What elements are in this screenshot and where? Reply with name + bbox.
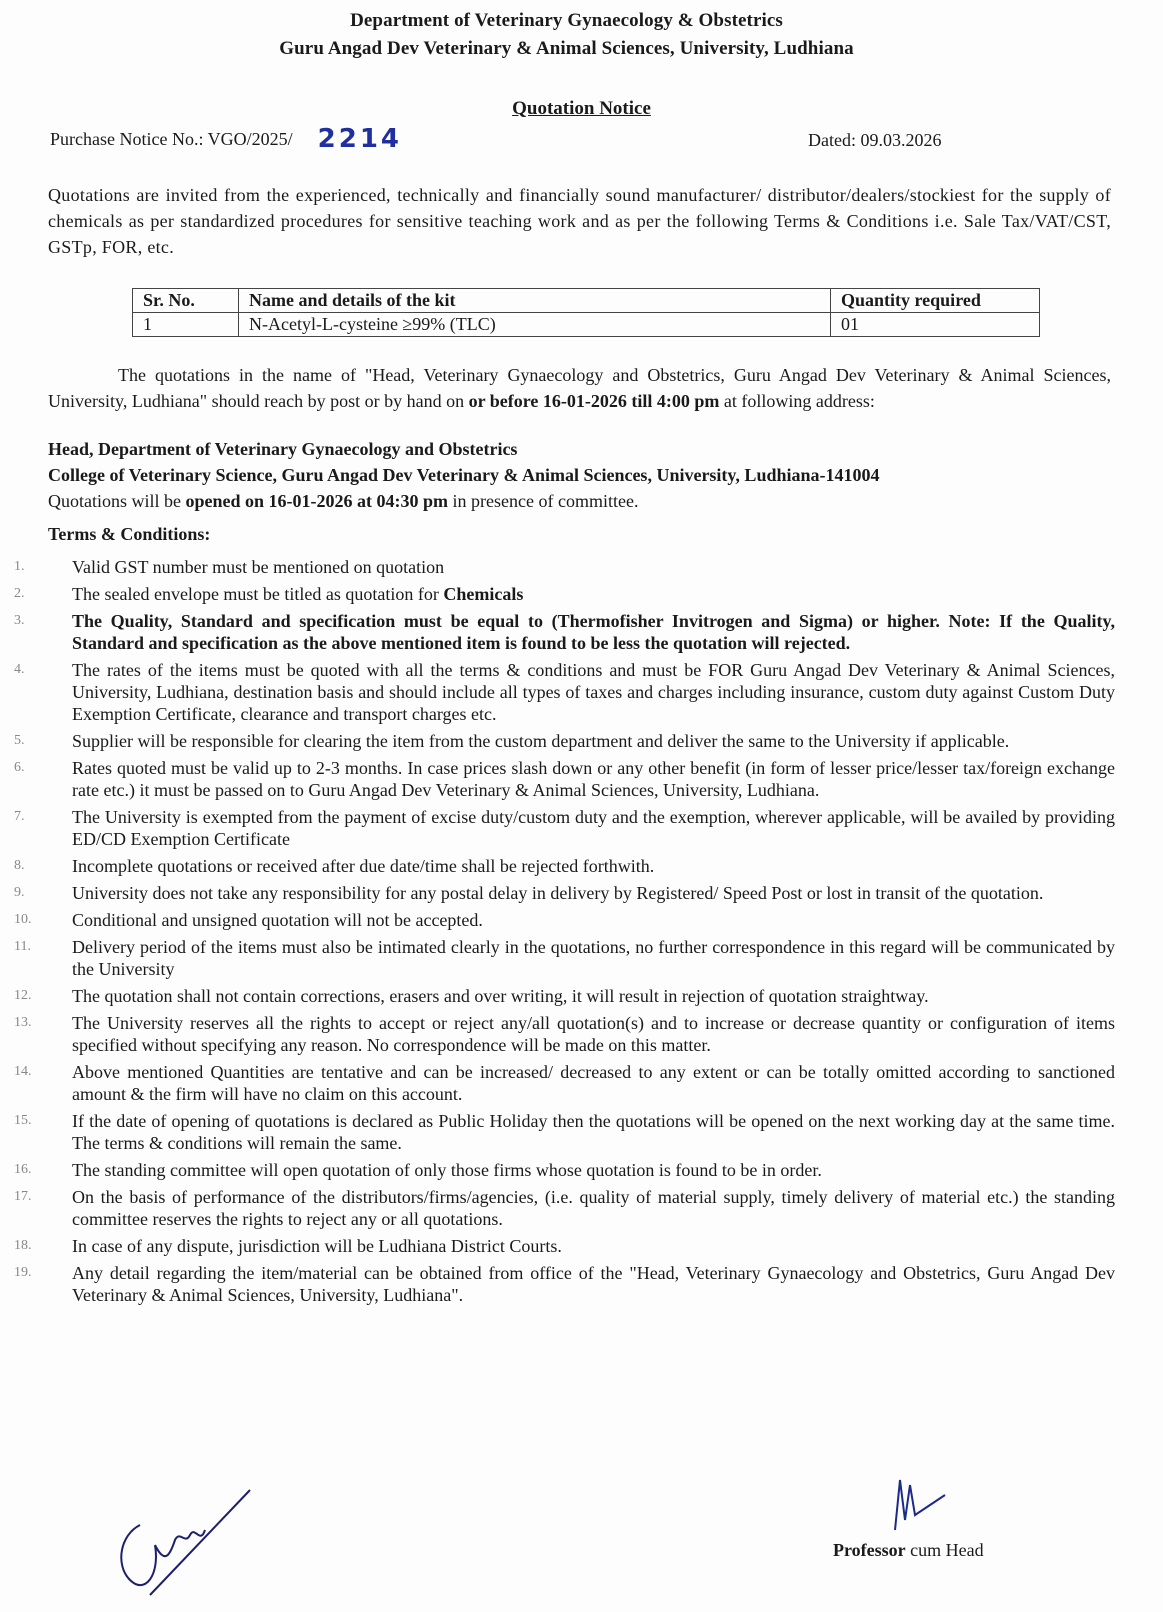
document-page: Department of Veterinary Gynaecology & O… (0, 0, 1163, 1612)
list-item: 13.The University reserves all the right… (10, 1012, 1115, 1056)
term-text: Rates quoted must be valid up to 2-3 mon… (72, 757, 1115, 801)
list-item: 15.If the date of opening of quotations … (10, 1110, 1115, 1154)
notice-date: Dated: 09.03.2026 (808, 130, 941, 151)
term-number: 7. (10, 806, 72, 850)
term-number: 17. (10, 1186, 72, 1230)
term-text: Valid GST number must be mentioned on qu… (72, 556, 1115, 578)
list-item: 17.On the basis of performance of the di… (10, 1186, 1115, 1230)
list-item: 3.The Quality, Standard and specificatio… (10, 610, 1115, 654)
term-text: The Quality, Standard and specification … (72, 610, 1115, 654)
submission-paragraph: The quotations in the name of "Head, Vet… (48, 362, 1111, 414)
term-text: In case of any dispute, jurisdiction wil… (72, 1235, 1115, 1257)
term-text: Any detail regarding the item/material c… (72, 1262, 1115, 1306)
term-text: Delivery period of the items must also b… (72, 936, 1115, 980)
handwritten-notice-number: 2214 (318, 124, 402, 154)
term-text: University does not take any responsibil… (72, 882, 1115, 904)
term-text: The University reserves all the rights t… (72, 1012, 1115, 1056)
notice-title: Quotation Notice (0, 98, 1163, 120)
list-item: 8.Incomplete quotations or received afte… (10, 855, 1115, 877)
list-item: 12.The quotation shall not contain corre… (10, 985, 1115, 1007)
list-item: 7.The University is exempted from the pa… (10, 806, 1115, 850)
address-line-1: Head, Department of Veterinary Gynaecolo… (48, 439, 517, 460)
term-number: 8. (10, 855, 72, 877)
term-text: The quotation shall not contain correcti… (72, 985, 1115, 1007)
term-text: The sealed envelope must be titled as qu… (72, 583, 1115, 605)
list-item: 9.University does not take any responsib… (10, 882, 1115, 904)
term-number: 4. (10, 659, 72, 725)
term-text: Supplier will be responsible for clearin… (72, 730, 1115, 752)
col-header-name: Name and details of the kit (239, 289, 831, 313)
term-text: Above mentioned Quantities are tentative… (72, 1061, 1115, 1105)
term-text: The University is exempted from the paym… (72, 806, 1115, 850)
col-header-sr: Sr. No. (133, 289, 239, 313)
terms-heading: Terms & Conditions: (48, 524, 210, 545)
term-text: The standing committee will open quotati… (72, 1159, 1115, 1181)
opening-info: Quotations will be opened on 16-01-2026 … (48, 491, 638, 512)
term-text: On the basis of performance of the distr… (72, 1186, 1115, 1230)
items-table: Sr. No. Name and details of the kit Quan… (132, 288, 1040, 337)
term-text: The rates of the items must be quoted wi… (72, 659, 1115, 725)
purchase-notice-number: Purchase Notice No.: VGO/2025/ 2214 (50, 124, 402, 154)
signature-left-icon (110, 1485, 260, 1605)
department-name: Department of Veterinary Gynaecology & O… (0, 10, 1148, 32)
term-number: 15. (10, 1110, 72, 1154)
term-number: 13. (10, 1012, 72, 1056)
table-header-row: Sr. No. Name and details of the kit Quan… (133, 289, 1040, 313)
signature-right-icon (875, 1470, 955, 1540)
list-item: 16.The standing committee will open quot… (10, 1159, 1115, 1181)
list-item: 14.Above mentioned Quantities are tentat… (10, 1061, 1115, 1105)
term-number: 10. (10, 909, 72, 931)
col-header-qty: Quantity required (831, 289, 1040, 313)
list-item: 18.In case of any dispute, jurisdiction … (10, 1235, 1115, 1257)
list-item: 6.Rates quoted must be valid up to 2-3 m… (10, 757, 1115, 801)
term-number: 12. (10, 985, 72, 1007)
terms-list: 1.Valid GST number must be mentioned on … (10, 556, 1115, 1311)
term-number: 1. (10, 556, 72, 578)
term-number: 18. (10, 1235, 72, 1257)
address-line-2: College of Veterinary Science, Guru Anga… (48, 465, 879, 486)
term-number: 11. (10, 936, 72, 980)
term-number: 5. (10, 730, 72, 752)
intro-paragraph: Quotations are invited from the experien… (48, 182, 1111, 260)
list-item: 11.Delivery period of the items must als… (10, 936, 1115, 980)
list-item: 5.Supplier will be responsible for clear… (10, 730, 1115, 752)
term-number: 2. (10, 583, 72, 605)
list-item: 19.Any detail regarding the item/materia… (10, 1262, 1115, 1306)
list-item: 4.The rates of the items must be quoted … (10, 659, 1115, 725)
list-item: 10.Conditional and unsigned quotation wi… (10, 909, 1115, 931)
term-number: 3. (10, 610, 72, 654)
university-name: Guru Angad Dev Veterinary & Animal Scien… (0, 38, 1148, 60)
term-number: 6. (10, 757, 72, 801)
term-text: Conditional and unsigned quotation will … (72, 909, 1115, 931)
list-item: 2.The sealed envelope must be titled as … (10, 583, 1115, 605)
term-text: Incomplete quotations or received after … (72, 855, 1115, 877)
table-row: 1 N-Acetyl-L-cysteine ≥99% (TLC) 01 (133, 313, 1040, 337)
term-text: If the date of opening of quotations is … (72, 1110, 1115, 1154)
signatory-designation: Professor cum Head (833, 1540, 984, 1561)
list-item: 1.Valid GST number must be mentioned on … (10, 556, 1115, 578)
term-number: 19. (10, 1262, 72, 1306)
term-number: 16. (10, 1159, 72, 1181)
term-number: 9. (10, 882, 72, 904)
term-number: 14. (10, 1061, 72, 1105)
